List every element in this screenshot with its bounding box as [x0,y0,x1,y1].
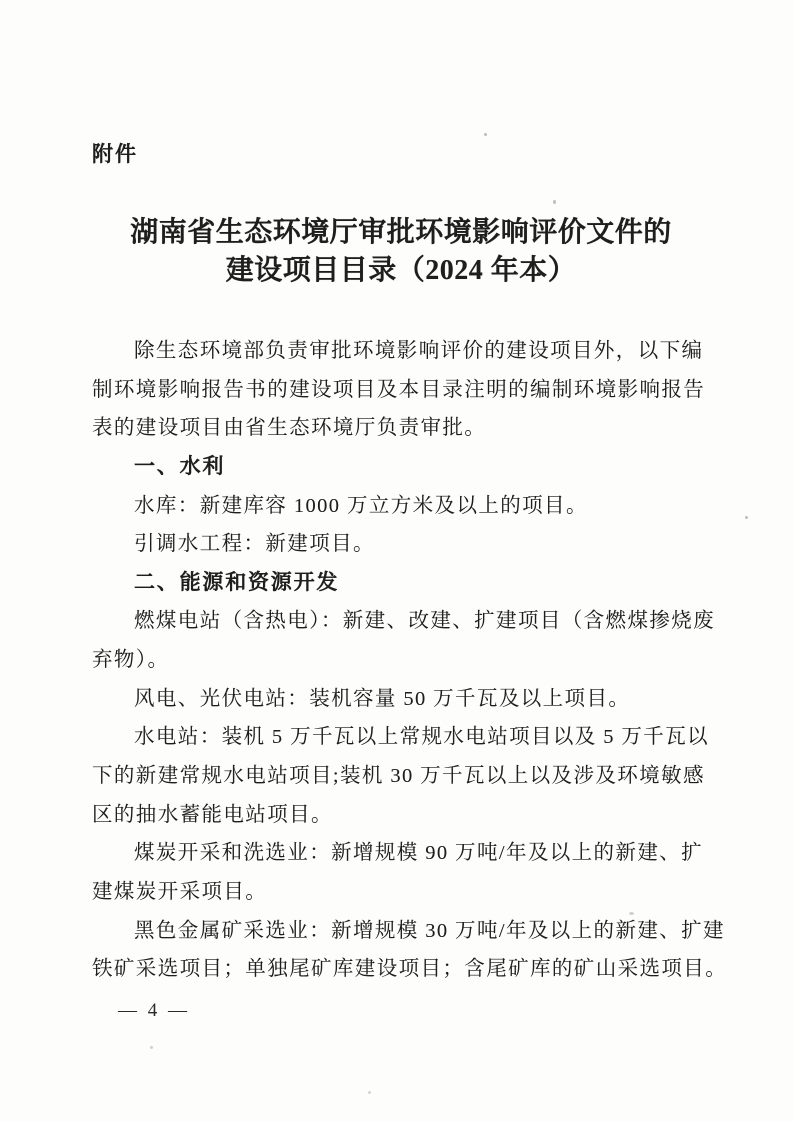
item-coal-power-line-1: 燃煤电站（含热电）：新建、改建、扩建项目（含燃煤掺烧废 [92,602,716,641]
section-1-heading-water: 一、水利 [92,448,716,487]
page-number: — 4 — [118,998,190,1024]
item-wind-solar: 风电、光伏电站：装机容量 50 万千瓦及以上项目。 [92,680,716,719]
scan-speckle [368,1091,371,1094]
document-body: 除生态环境部负责审批环境影响评价的建设项目外，以下编 制环境影响报告书的建设项目… [92,332,716,989]
item-reservoir: 水库：新建库容 1000 万立方米及以上的项目。 [92,487,716,526]
document-title-line-1: 湖南省生态环境厅审批环境影响评价文件的 [92,214,710,252]
item-coal-mining-line-2: 建煤炭开采项目。 [92,873,716,912]
item-hydropower-line-2: 下的新建常规水电站项目;装机 30 万千瓦以上以及涉及环境敏感 [92,757,716,796]
item-water-diversion: 引调水工程：新建项目。 [92,525,716,564]
scan-speckle [553,200,556,204]
document-title: 湖南省生态环境厅审批环境影响评价文件的 建设项目目录（2024 年本） [92,214,710,290]
scan-speckle [629,912,634,915]
item-hydropower-line-1: 水电站：装机 5 万千瓦以上常规水电站项目以及 5 万千瓦以 [92,718,716,757]
item-coal-mining-line-1: 煤炭开采和洗选业：新增规模 90 万吨/年及以上的新建、扩 [92,834,716,873]
intro-line-3: 表的建设项目由省生态环境厅负责审批。 [92,409,716,448]
scan-speckle [150,1046,153,1049]
scanned-document-page: 附件 湖南省生态环境厅审批环境影响评价文件的 建设项目目录（2024 年本） 除… [0,0,793,1121]
scan-speckle [484,133,487,136]
document-title-line-2: 建设项目目录（2024 年本） [92,252,710,290]
attachment-label: 附件 [92,141,138,169]
section-2-heading-energy: 二、能源和资源开发 [92,564,716,603]
item-ferrous-mining-line-1: 黑色金属矿采选业：新增规模 30 万吨/年及以上的新建、扩建 [92,912,716,951]
item-ferrous-mining-line-2: 铁矿采选项目；单独尾矿库建设项目；含尾矿库的矿山采选项目。 [92,950,716,989]
intro-line-2: 制环境影响报告书的建设项目及本目录注明的编制环境影响报告 [92,371,716,410]
item-coal-power-line-2: 弃物）。 [92,641,716,680]
item-hydropower-line-3: 区的抽水蓄能电站项目。 [92,796,716,835]
scan-speckle [745,516,748,519]
intro-line-1: 除生态环境部负责审批环境影响评价的建设项目外，以下编 [92,332,716,371]
